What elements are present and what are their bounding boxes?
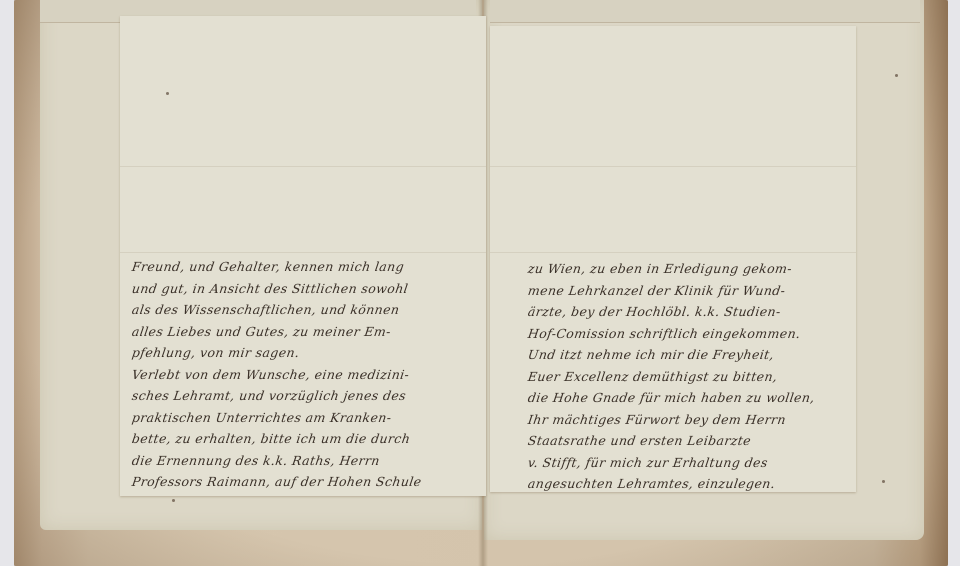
text-line: Ihr mächtiges Fürwort bey dem Herrn xyxy=(526,409,859,431)
ink-spot xyxy=(882,480,885,483)
text-line: praktischen Unterrichtes am Kranken- xyxy=(130,407,489,429)
text-line: Euer Excellenz demüthigst zu bitten, xyxy=(526,366,859,388)
text-line: und gut, in Ansicht des Sittlichen sowoh… xyxy=(130,278,489,300)
text-line: Staatsrathe und ersten Leibarzte xyxy=(526,430,859,452)
right-top-fold xyxy=(490,0,920,23)
ink-spot xyxy=(166,92,169,95)
left-page-text: Freund, und Gehalter, kennen mich lang u… xyxy=(132,256,488,493)
text-line: alles Liebes und Gutes, zu meiner Em- xyxy=(130,321,489,343)
text-line: zu Wien, zu eben in Erledigung gekom- xyxy=(526,258,859,280)
text-line: Und itzt nehme ich mir die Freyheit, xyxy=(526,344,859,366)
text-line: die Hohe Gnade für mich haben zu wollen, xyxy=(526,387,859,409)
ink-spot xyxy=(172,499,175,502)
text-line: Professors Raimann, auf der Hohen Schule xyxy=(130,471,489,493)
text-line: mene Lehrkanzel der Klinik für Wund- xyxy=(526,280,859,302)
text-line: die Ernennung des k.k. Raths, Herrn xyxy=(130,450,489,472)
text-line: Freund, und Gehalter, kennen mich lang xyxy=(130,256,489,278)
text-line: bette, zu erhalten, bitte ich um die dur… xyxy=(130,428,489,450)
text-line: pfehlung, von mir sagen. xyxy=(130,342,489,364)
text-line: Hof-Comission schriftlich eingekommen. xyxy=(526,323,859,345)
text-line: sches Lehramt, und vorzüglich jenes des xyxy=(130,385,489,407)
text-line: v. Stifft, für mich zur Erhaltung des xyxy=(526,452,859,474)
text-line: Verlebt von dem Wunsche, eine medizini- xyxy=(130,364,489,386)
text-line: als des Wissenschaftlichen, und können xyxy=(130,299,489,321)
right-page-text: zu Wien, zu eben in Erledigung gekom- me… xyxy=(528,258,858,495)
ink-spot xyxy=(895,74,898,77)
text-line: angesuchten Lehramtes, einzulegen. xyxy=(526,473,859,495)
text-line: ärzte, bey der Hochlöbl. k.k. Studien- xyxy=(526,301,859,323)
